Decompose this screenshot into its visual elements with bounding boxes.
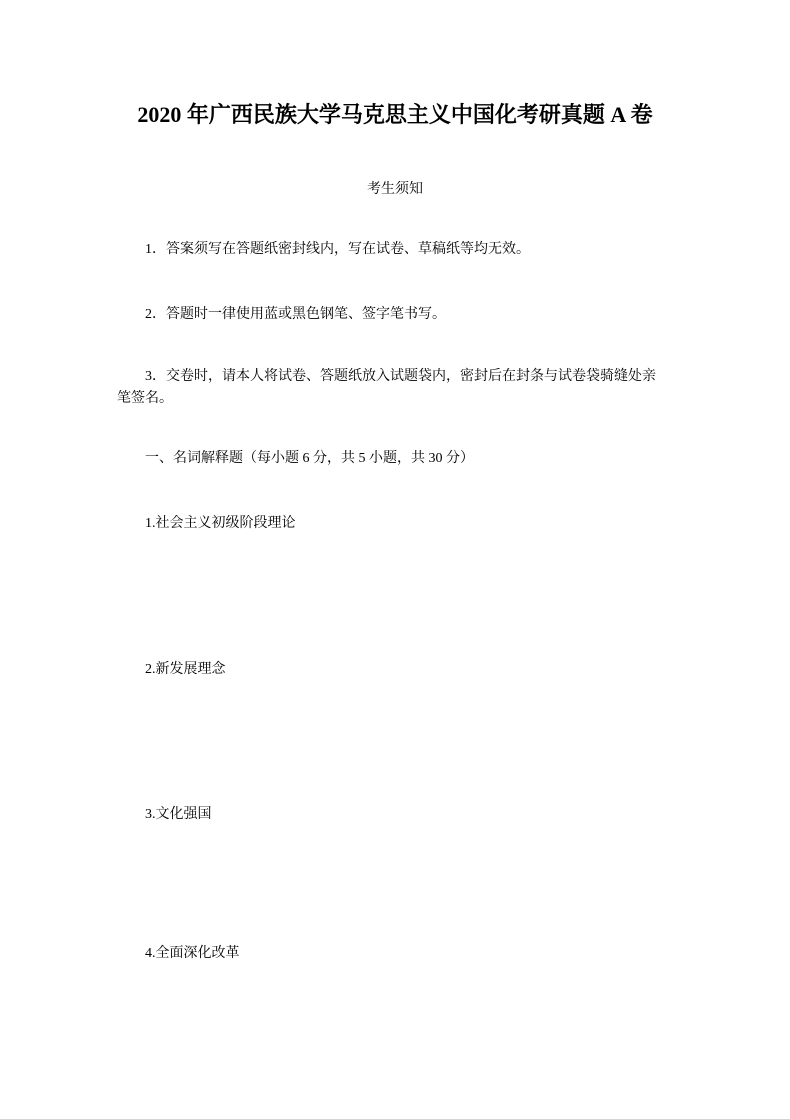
question-3: 3.文化强国 (117, 804, 665, 826)
exam-document-page: 2020 年广西民族大学马克思主义中国化考研真题 A 卷 考生须知 1．答案须写… (0, 0, 790, 1119)
document-title: 2020 年广西民族大学马克思主义中国化考研真题 A 卷 (117, 99, 673, 130)
section-heading: 一、名词解释题（每小题 6 分，共 5 小题，共 30 分） (117, 448, 665, 470)
notice-item-2: 2．答题时一律使用蓝或黑色钢笔、签字笔书写。 (117, 304, 665, 326)
notice-item-1: 1．答案须写在答题纸密封线内，写在试卷、草稿纸等均无效。 (117, 239, 665, 261)
question-4: 4.全面深化改革 (117, 943, 665, 965)
notice-item-3: 3．交卷时，请本人将试卷、答题纸放入试题袋内，密封后在封条与试卷袋骑缝处亲笔签名… (117, 366, 665, 410)
document-subtitle: 考生须知 (117, 179, 673, 201)
question-2: 2.新发展理念 (117, 659, 665, 681)
question-1: 1.社会主义初级阶段理论 (117, 513, 665, 535)
